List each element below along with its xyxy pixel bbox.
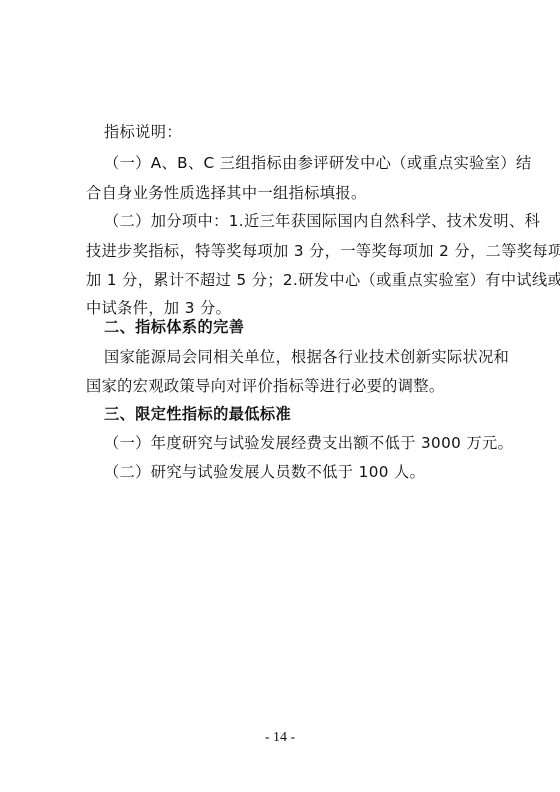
note-item-2-line-1: （二）加分项中：1.近三年获国际国内自然科学、技术发明、科 [104,211,540,231]
note-heading: 指标说明： [104,122,182,142]
note-item-1-line-1: （一）A、B、C 三组指标由参评研发中心（或重点实验室）结 [104,153,532,173]
document-page: 指标说明： （一）A、B、C 三组指标由参评研发中心（或重点实验室）结 合自身业… [0,0,560,792]
section-3-heading: 三、限定性指标的最低标准 [104,404,291,424]
section-3-item-1: （一）年度研究与试验发展经费支出额不低于 3000 万元。 [104,433,513,453]
section-2-para-line-2: 国家的宏观政策导向对评价指标等进行必要的调整。 [86,376,445,396]
section-2-heading: 二、指标体系的完善 [104,317,244,337]
section-3-item-2: （二）研究与试验发展人员数不低于 100 人。 [104,462,425,482]
note-item-2-line-3: 加 1 分，累计不超过 5 分；2.研发中心（或重点实验室）有中试线或 [86,270,560,290]
note-item-1-line-2: 合自身业务性质选择其中一组指标填报。 [86,183,367,203]
page-number: - 14 - [0,730,560,746]
note-item-2-line-2: 技进步奖指标，特等奖每项加 3 分，一等奖每项加 2 分，二等奖每项 [86,241,560,261]
section-2-para-line-1: 国家能源局会同相关单位，根据各行业技术创新实际状况和 [104,347,509,367]
note-item-2-line-4: 中试条件，加 3 分。 [86,298,231,318]
